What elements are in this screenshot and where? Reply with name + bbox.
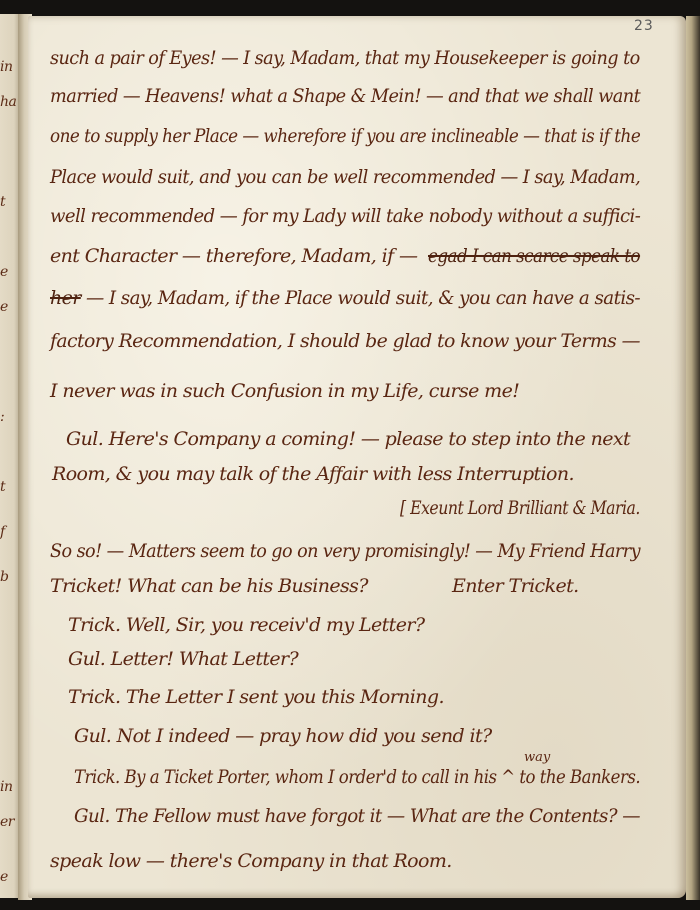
text-line: well recommended — for my Lady will take…	[50, 205, 640, 227]
facing-page-fragment: e	[0, 299, 8, 315]
dialogue-line: Gul. Letter! What Letter?	[68, 648, 298, 670]
facing-page-fragment: e	[0, 264, 8, 280]
dialogue-line: Gul. Not I indeed — pray how did you sen…	[74, 725, 492, 747]
text-line: Tricket! What can be his Business?	[50, 575, 368, 597]
facing-page-fragment: in	[0, 779, 13, 795]
text-line: married — Heavens! what a Shape & Mein! …	[50, 85, 640, 107]
page-number: 23	[634, 18, 654, 34]
text-line: such a pair of Eyes! — I say, Madam, tha…	[50, 47, 640, 69]
dialogue-line: Trick. Well, Sir, you receiv'd my Letter…	[68, 614, 424, 636]
text-line: So so! — Matters seem to go on very prom…	[50, 540, 640, 562]
text-line: factory Recommendation, I should be glad…	[50, 330, 640, 352]
text-line: one to supply her Place — wherefore if y…	[50, 125, 640, 147]
dialogue-line: Trick. The Letter I sent you this Mornin…	[68, 686, 444, 708]
dialogue-line: Gul. Here's Company a coming! — please t…	[66, 428, 630, 450]
text-line: — I say, Madam, if the Place would suit,…	[86, 287, 640, 309]
text-line: I never was in such Confusion in my Life…	[50, 380, 519, 402]
interlinear-insertion: way	[524, 750, 550, 765]
struck-text: her	[50, 287, 81, 309]
facing-page-fragment: er	[0, 814, 14, 830]
facing-page-edge: in ha t e e : t f b in er e	[0, 14, 20, 898]
manuscript-scan: in ha t e e : t f b in er e 23 such a pa…	[0, 0, 700, 910]
facing-page-fragment: in	[0, 59, 13, 75]
stage-direction: Enter Tricket.	[452, 575, 579, 597]
dialogue-line: Gul. The Fellow must have forgot it — Wh…	[74, 805, 640, 827]
facing-page-fragment: ha	[0, 94, 16, 110]
stage-direction: [ Exeunt Lord Brilliant & Maria.	[400, 497, 640, 519]
facing-page-fragment: :	[0, 409, 4, 425]
text-line: Place would suit, and you can be well re…	[50, 166, 640, 188]
dialogue-line: Trick. By a Ticket Porter, whom I order'…	[74, 766, 640, 788]
page-edge	[686, 16, 700, 900]
text-line: Room, & you may talk of the Affair with …	[52, 463, 574, 485]
text-line: speak low — there's Company in that Room…	[50, 850, 452, 872]
facing-page-fragment: t	[0, 194, 5, 210]
struck-text: egad I can scarce speak to	[428, 245, 640, 267]
facing-page-fragment: f	[0, 524, 5, 540]
text-line: ent Character — therefore, Madam, if —	[50, 245, 417, 267]
facing-page-fragment: e	[0, 869, 8, 885]
facing-page-fragment: b	[0, 569, 8, 585]
facing-page-fragment: t	[0, 479, 5, 495]
